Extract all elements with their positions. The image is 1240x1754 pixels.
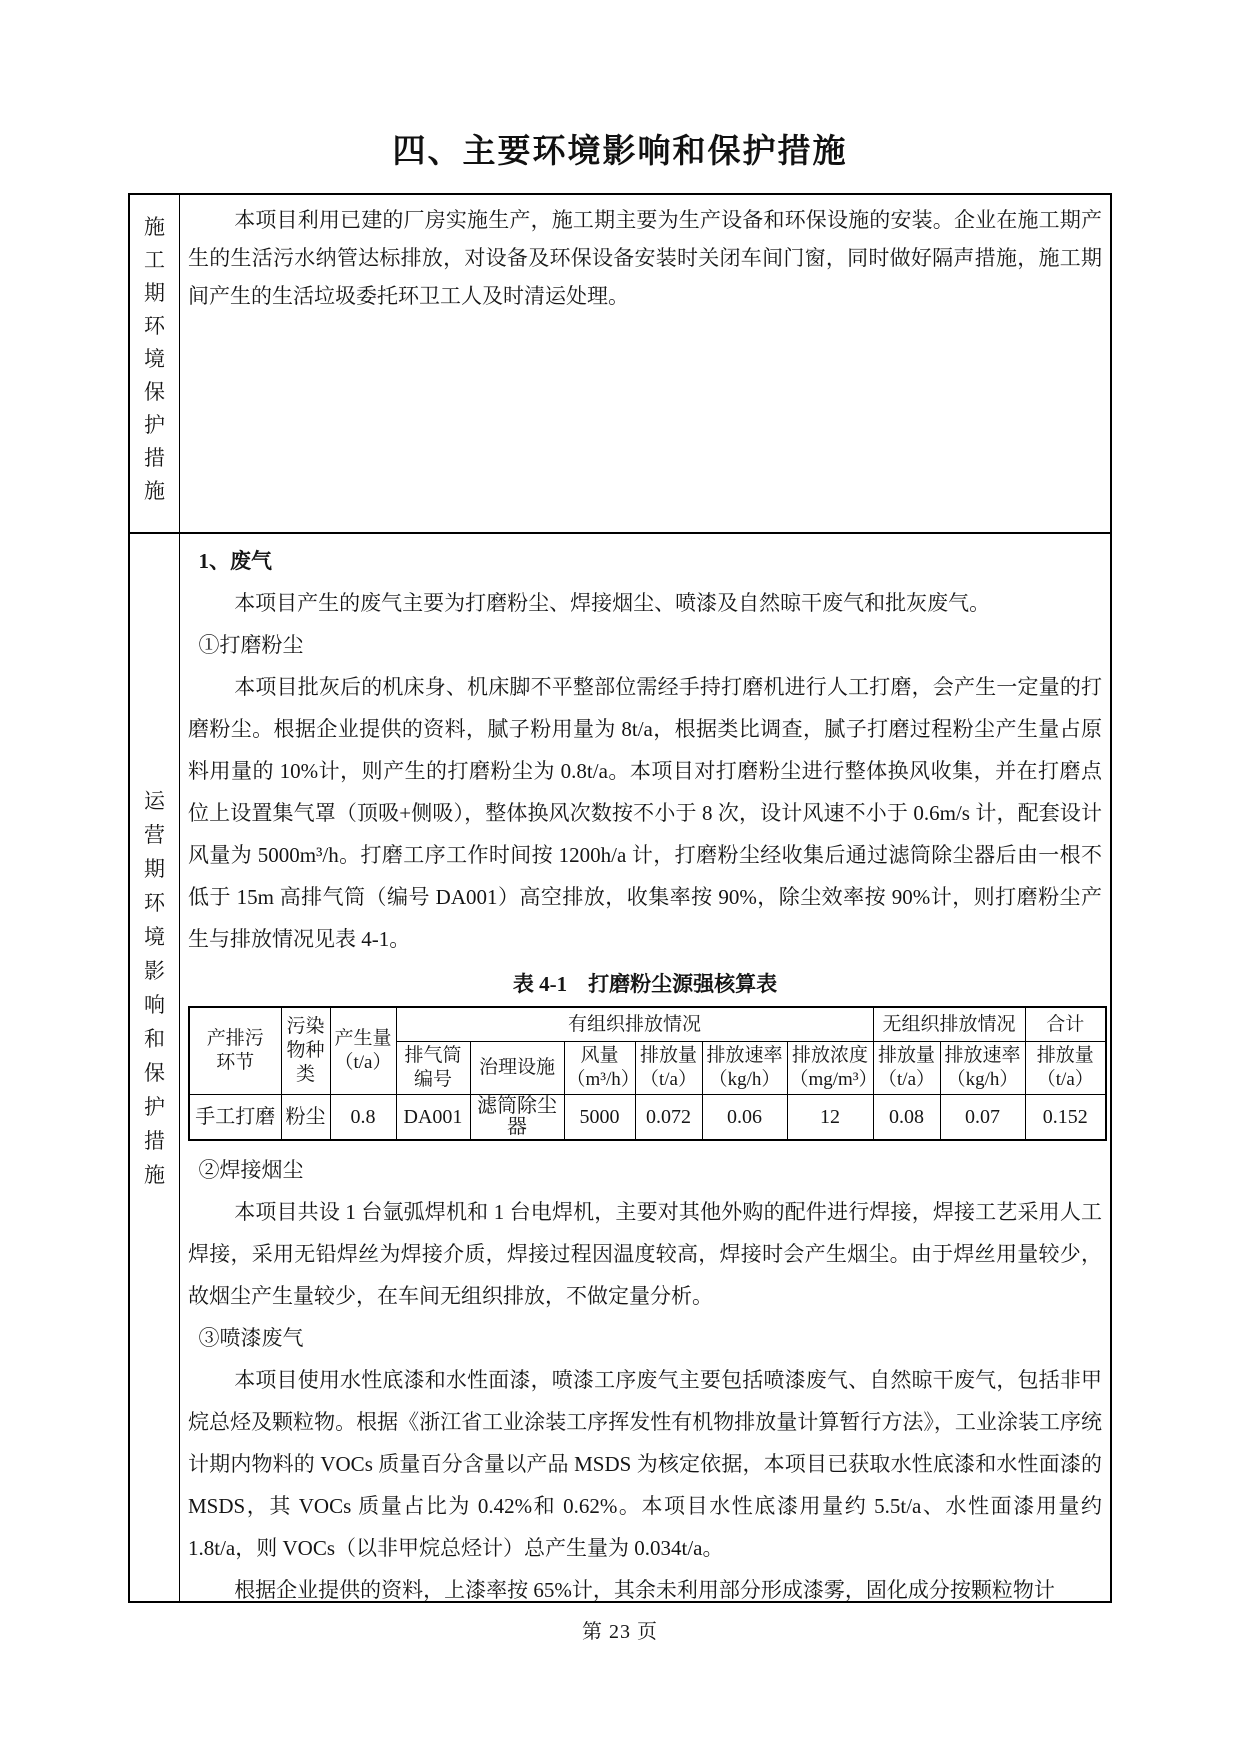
- col-header-stack-number: 排气筒 编号: [396, 1042, 470, 1095]
- construction-paragraph: 本项目利用已建的厂房实施生产，施工期主要为生产设备和环保设施的安装。企业在施工期…: [188, 201, 1102, 315]
- operation-period-row: 运 营 期 环 境 影 响 和 保 护 措 施 1、废气 本项目产生的废气主要为…: [130, 534, 1110, 1601]
- cell-organized-emission-concentration: 12: [787, 1095, 873, 1141]
- cell-pollutant: 粉尘: [281, 1095, 330, 1141]
- cell-organized-emission-rate: 0.06: [702, 1095, 787, 1141]
- col-header-unorganized-emission-rate: 排放速率 （kg/h）: [940, 1042, 1025, 1095]
- col-header-organized-emission-rate: 排放速率 （kg/h）: [702, 1042, 787, 1095]
- cell-organized-emission-amount: 0.072: [635, 1095, 702, 1141]
- subsection-title-paint-spray-gas: ③喷漆废气: [188, 1317, 1102, 1359]
- cell-treatment-facility: 滤筒除尘器: [470, 1095, 564, 1141]
- col-header-generation: 产生量 （t/a）: [330, 1007, 396, 1095]
- document-page: 四、主要环境影响和保护措施 施 工 期 环 境 保 护 措 施 本项目利用已建的…: [0, 0, 1240, 1754]
- waste-gas-intro-paragraph: 本项目产生的废气主要为打磨粉尘、焊接烟尘、喷漆及自然晾干废气和批灰废气。: [188, 582, 1102, 624]
- cell-unorganized-emission-rate: 0.07: [940, 1095, 1025, 1141]
- subsection-title-welding-fume: ②焊接烟尘: [188, 1149, 1102, 1191]
- paint-spray-gas-paragraph: 本项目使用水性底漆和水性面漆，喷漆工序废气主要包括喷漆废气、自然晾干废气，包括非…: [188, 1359, 1102, 1569]
- construction-period-row: 施 工 期 环 境 保 护 措 施 本项目利用已建的厂房实施生产，施工期主要为生…: [130, 195, 1110, 534]
- cell-generation: 0.8: [330, 1095, 396, 1141]
- construction-period-content: 本项目利用已建的厂房实施生产，施工期主要为生产设备和环保设施的安装。企业在施工期…: [180, 195, 1110, 532]
- group-header-total: 合计: [1025, 1007, 1106, 1042]
- welding-fume-paragraph: 本项目共设 1 台氩弧焊机和 1 台电焊机，主要对其他外购的配件进行焊接，焊接工…: [188, 1191, 1102, 1317]
- col-header-air-volume: 风量 （m³/h）: [564, 1042, 635, 1095]
- cell-total-emission-amount: 0.152: [1025, 1095, 1106, 1141]
- section-heading-waste-gas: 1、废气: [188, 540, 1102, 582]
- cell-process: 手工打磨: [189, 1095, 281, 1141]
- group-header-unorganized-emission: 无组织排放情况: [873, 1007, 1025, 1042]
- col-header-unorganized-emission-amount: 排放量 （t/a）: [873, 1042, 940, 1095]
- page-number: 第 23 页: [0, 1617, 1240, 1647]
- main-form-table: 施 工 期 环 境 保 护 措 施 本项目利用已建的厂房实施生产，施工期主要为生…: [128, 193, 1112, 1603]
- table-header-group-row: 产排污 环节 污染 物种 类 产生量 （t/a） 有组织排放情况 无组织排放情况…: [189, 1007, 1106, 1042]
- paint-rate-paragraph: 根据企业提供的资料，上漆率按 65%计，其余未利用部分形成漆雾，固化成分按颗粒物…: [188, 1569, 1102, 1601]
- cell-unorganized-emission-amount: 0.08: [873, 1095, 940, 1141]
- col-header-organized-emission-amount: 排放量 （t/a）: [635, 1042, 702, 1095]
- cell-air-volume: 5000: [564, 1095, 635, 1141]
- operation-period-label: 运 营 期 环 境 影 响 和 保 护 措 施: [130, 534, 180, 1601]
- grinding-dust-paragraph: 本项目批灰后的机床身、机床脚不平整部位需经手持打磨机进行人工打磨，会产生一定量的…: [188, 666, 1102, 960]
- table-data-row-manual-grinding: 手工打磨 粉尘 0.8 DA001 滤筒除尘器 5000 0.072 0.06 …: [189, 1095, 1106, 1141]
- col-header-pollutant-type: 污染 物种 类: [281, 1007, 330, 1095]
- page-title: 四、主要环境影响和保护措施: [0, 0, 1240, 174]
- group-header-organized-emission: 有组织排放情况: [396, 1007, 873, 1042]
- operation-period-content: 1、废气 本项目产生的废气主要为打磨粉尘、焊接烟尘、喷漆及自然晾干废气和批灰废气…: [180, 534, 1110, 1601]
- col-header-process: 产排污 环节: [189, 1007, 281, 1095]
- table-4-1-title: 表 4-1 打磨粉尘源强核算表: [188, 964, 1102, 1004]
- col-header-treatment-facility: 治理设施: [470, 1042, 564, 1095]
- col-header-organized-emission-concentration: 排放浓度 （mg/m³）: [787, 1042, 873, 1095]
- subsection-title-grinding-dust: ①打磨粉尘: [188, 624, 1102, 666]
- table-4-1-grinding-dust-source: 产排污 环节 污染 物种 类 产生量 （t/a） 有组织排放情况 无组织排放情况…: [188, 1006, 1107, 1141]
- col-header-total-emission-amount: 排放量 （t/a）: [1025, 1042, 1106, 1095]
- construction-period-label: 施 工 期 环 境 保 护 措 施: [130, 195, 180, 532]
- cell-stack-number: DA001: [396, 1095, 470, 1141]
